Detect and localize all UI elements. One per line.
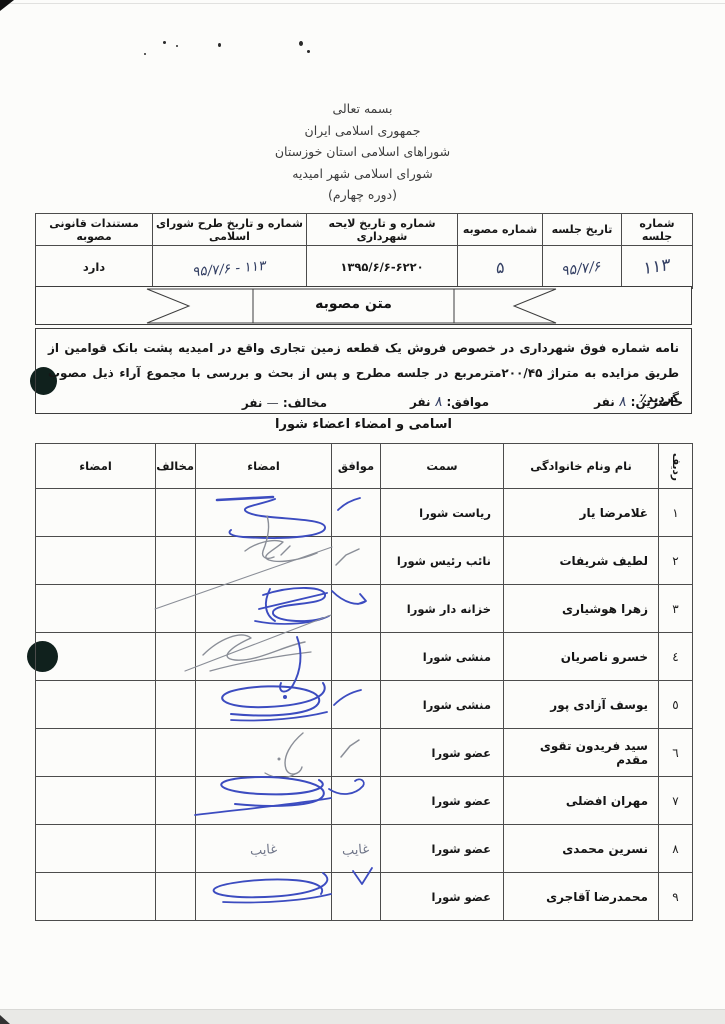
resolution-box: نامه شماره فوق شهرداری در خصوص فروش یک ق… bbox=[35, 328, 692, 414]
agree-cell bbox=[332, 777, 381, 825]
signature-cell bbox=[196, 777, 332, 825]
signature2-cell bbox=[36, 825, 156, 873]
oppose-label: مخالف: bbox=[283, 396, 327, 410]
handwritten-plan-no-date: ۱۱۳ - ۹۵/۷/۶ bbox=[192, 257, 266, 280]
meta-value-bill: ۱۳۹۵/۶/۶-۶۲۲۰ bbox=[307, 246, 458, 289]
oppose-cell bbox=[156, 681, 196, 729]
scan-edge-bottom bbox=[0, 1009, 725, 1024]
ribbon-left-tail bbox=[454, 289, 556, 323]
letterhead-line-term: (دوره چهارم) bbox=[0, 184, 725, 206]
letterhead-line-republic: جمهوری اسلامی ایران bbox=[0, 120, 725, 142]
member-row: ۸ نسرین محمدی عضو شورا غایب غایب bbox=[36, 825, 693, 873]
member-position: منشی شورا bbox=[381, 681, 504, 729]
signature2-cell bbox=[36, 537, 156, 585]
agree-label: موافق: bbox=[446, 395, 489, 409]
meta-header-session-no: شماره جلسه bbox=[622, 214, 693, 246]
row-number: ۳ bbox=[659, 585, 693, 633]
oppose-cell bbox=[156, 729, 196, 777]
agree-cell bbox=[332, 873, 381, 921]
banner-title: متن مصوبه bbox=[253, 287, 454, 321]
member-row: ۱ غلامرضا یار ریاست شورا bbox=[36, 489, 693, 537]
handwritten-agree-count: ۸ bbox=[434, 394, 444, 410]
member-name: یوسف آزادی پور bbox=[504, 681, 659, 729]
handwritten-absent-note: غایب bbox=[342, 842, 370, 859]
oppose-cell bbox=[156, 873, 196, 921]
handwritten-oppose-count: — bbox=[267, 396, 279, 410]
signature2-cell bbox=[36, 585, 156, 633]
scan-corner-mark-top-left bbox=[0, 0, 14, 11]
attendance-present: حاضرین: ۸ نفر bbox=[594, 394, 683, 410]
col-header-name: نام ونام خانوادگی bbox=[504, 444, 659, 489]
handwritten-session-date: ۹۵/۷/۶ bbox=[562, 258, 603, 279]
agree-cell bbox=[332, 633, 381, 681]
meta-header-bill: شماره و تاریخ لایحه شهرداری bbox=[307, 214, 458, 246]
agree-cell bbox=[332, 489, 381, 537]
member-name: نسرین محمدی bbox=[504, 825, 659, 873]
meta-header-session-date: تاریخ جلسه bbox=[543, 214, 622, 246]
col-header-oppose: مخالف bbox=[156, 444, 196, 489]
meta-header-plan: شماره و تاریخ طرح شورای اسلامی bbox=[153, 214, 307, 246]
member-position: نائب رئیس شورا bbox=[381, 537, 504, 585]
signature-cell: غایب bbox=[196, 825, 332, 873]
member-row: ۹ محمدرضا آقاجری عضو شورا bbox=[36, 873, 693, 921]
scan-corner-mark-bottom-left bbox=[0, 1015, 10, 1024]
oppose-cell bbox=[156, 489, 196, 537]
member-row: ٥ یوسف آزادی پور منشی شورا bbox=[36, 681, 693, 729]
signature2-cell bbox=[36, 777, 156, 825]
resolution-text: نامه شماره فوق شهرداری در خصوص فروش یک ق… bbox=[36, 329, 691, 411]
oppose-cell bbox=[156, 777, 196, 825]
row-number: ٦ bbox=[659, 729, 693, 777]
attendance-oppose: مخالف: — نفر bbox=[242, 396, 327, 410]
signature2-cell bbox=[36, 633, 156, 681]
agree-cell bbox=[332, 681, 381, 729]
col-header-row-no: ردیف bbox=[659, 444, 693, 489]
handwritten-session-no: ۱۱۳ bbox=[643, 255, 670, 280]
document-page: بسمه تعالی جمهوری اسلامی ایران شوراهای ا… bbox=[0, 0, 725, 1024]
member-position: عضو شورا bbox=[381, 825, 504, 873]
member-row: ۲ لطیف شریفات نائب رئیس شورا bbox=[36, 537, 693, 585]
member-position: منشی شورا bbox=[381, 633, 504, 681]
member-name: مهران افضلی bbox=[504, 777, 659, 825]
ink-speck bbox=[299, 41, 303, 46]
signature2-cell bbox=[36, 681, 156, 729]
member-row: ٦ سید فریدون تقوی مقدم عضو شورا bbox=[36, 729, 693, 777]
handwritten-resolution-no: ۵ bbox=[496, 257, 505, 277]
attendance-agree: موافق: ۸ نفر bbox=[410, 394, 489, 410]
signature-cell bbox=[196, 681, 332, 729]
signature-cell bbox=[196, 489, 332, 537]
ink-speck bbox=[218, 43, 221, 47]
handwritten-absent-note: غایب bbox=[249, 842, 277, 859]
col-header-signature2: امضاء bbox=[36, 444, 156, 489]
meta-value-plan-cell: ۱۱۳ - ۹۵/۷/۶ bbox=[153, 246, 307, 289]
row-number: ٤ bbox=[659, 633, 693, 681]
row-no-label: ردیف bbox=[669, 453, 681, 481]
member-position: عضو شورا bbox=[381, 729, 504, 777]
signature-cell bbox=[196, 729, 332, 777]
signature-cell bbox=[196, 633, 332, 681]
member-position: خزانه دار شورا bbox=[381, 585, 504, 633]
scan-edge-top bbox=[0, 3, 725, 4]
agree-cell bbox=[332, 585, 381, 633]
signature2-cell bbox=[36, 489, 156, 537]
ink-speck bbox=[144, 53, 146, 55]
member-name: غلامرضا یار bbox=[504, 489, 659, 537]
signature-cell bbox=[196, 537, 332, 585]
meta-value-session-no-cell: ۱۱۳ bbox=[622, 246, 693, 289]
col-header-signature: امضاء bbox=[196, 444, 332, 489]
member-position: عضو شورا bbox=[381, 873, 504, 921]
row-number: ۹ bbox=[659, 873, 693, 921]
signature-cell bbox=[196, 585, 332, 633]
ink-speck bbox=[163, 41, 166, 44]
meta-value-session-date-cell: ۹۵/۷/۶ bbox=[543, 246, 622, 289]
members-table: ردیف نام ونام خانوادگی سمت موافق امضاء م… bbox=[35, 443, 693, 921]
oppose-cell bbox=[156, 537, 196, 585]
letterhead-line-province-councils: شوراهای اسلامی استان خوزستان bbox=[0, 141, 725, 163]
signature2-cell bbox=[36, 873, 156, 921]
ink-speck bbox=[307, 50, 310, 53]
banner-box: متن مصوبه bbox=[35, 286, 692, 325]
member-name: سید فریدون تقوی مقدم bbox=[504, 729, 659, 777]
member-row: ۷ مهران افضلی عضو شورا bbox=[36, 777, 693, 825]
signature2-cell bbox=[36, 729, 156, 777]
letterhead-line-bismillah: بسمه تعالی bbox=[0, 98, 725, 120]
members-section-title: اسامی و امضاء اعضاء شورا bbox=[35, 417, 692, 432]
member-name: محمدرضا آقاجری bbox=[504, 873, 659, 921]
meta-value-legal-docs: دارد bbox=[36, 246, 153, 289]
member-row: ۳ زهرا هوشیاری خزانه دار شورا bbox=[36, 585, 693, 633]
member-name: زهرا هوشیاری bbox=[504, 585, 659, 633]
ribbon-right-tail bbox=[147, 289, 253, 323]
col-header-position: سمت bbox=[381, 444, 504, 489]
oppose-suffix: نفر bbox=[242, 396, 263, 410]
present-suffix: نفر bbox=[594, 395, 615, 409]
handwritten-present-count: ۸ bbox=[618, 394, 628, 410]
oppose-cell bbox=[156, 585, 196, 633]
row-number: ٥ bbox=[659, 681, 693, 729]
meta-value-resolution-no-cell: ۵ bbox=[458, 246, 543, 289]
member-position: ریاست شورا bbox=[381, 489, 504, 537]
letterhead-line-city-council: شورای اسلامی شهر امیدیه bbox=[0, 163, 725, 185]
signature-cell bbox=[196, 873, 332, 921]
agree-cell bbox=[332, 537, 381, 585]
member-name: لطیف شریفات bbox=[504, 537, 659, 585]
col-header-agree: موافق bbox=[332, 444, 381, 489]
member-position: عضو شورا bbox=[381, 777, 504, 825]
row-number: ۲ bbox=[659, 537, 693, 585]
oppose-cell bbox=[156, 633, 196, 681]
member-name: خسرو ناصریان bbox=[504, 633, 659, 681]
oppose-cell bbox=[156, 825, 196, 873]
present-label: حاضرین: bbox=[631, 395, 683, 409]
agree-suffix: نفر bbox=[410, 395, 431, 409]
ink-speck bbox=[176, 45, 178, 47]
letterhead: بسمه تعالی جمهوری اسلامی ایران شوراهای ا… bbox=[0, 98, 725, 206]
row-number: ۷ bbox=[659, 777, 693, 825]
member-row: ٤ خسرو ناصریان منشی شورا bbox=[36, 633, 693, 681]
agree-cell: غایب bbox=[332, 825, 381, 873]
row-number: ۸ bbox=[659, 825, 693, 873]
meta-table: شماره جلسه تاریخ جلسه شماره مصوبه شماره … bbox=[35, 213, 693, 289]
meta-header-legal-docs: مستندات قانونی مصوبه bbox=[36, 214, 153, 246]
row-number: ۱ bbox=[659, 489, 693, 537]
meta-header-resolution-no: شماره مصوبه bbox=[458, 214, 543, 246]
agree-cell bbox=[332, 729, 381, 777]
